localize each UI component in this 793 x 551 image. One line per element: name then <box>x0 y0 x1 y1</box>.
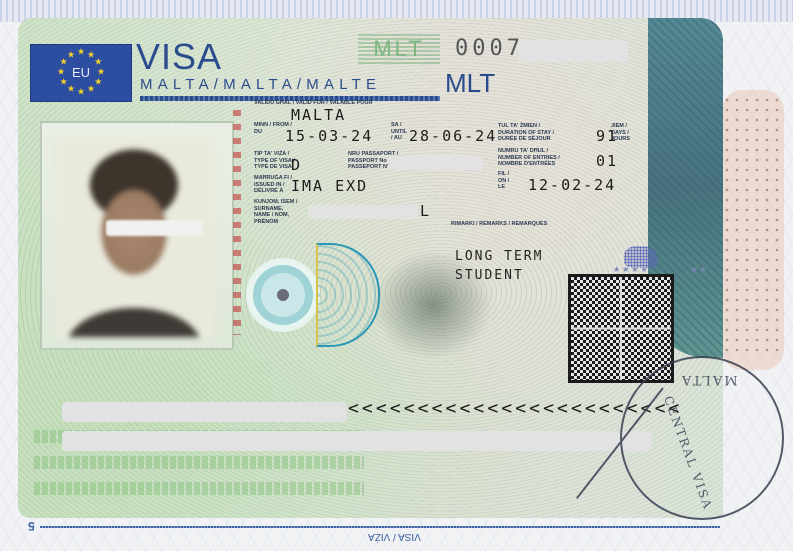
visa-number-redaction <box>518 40 628 62</box>
country-code: MLT <box>445 68 495 99</box>
footer-text: VISA / VIŻA <box>368 531 421 542</box>
passport-no-redaction <box>388 156 483 170</box>
remarks-label: RIMARKI / REMARKS / REMARQUES <box>451 221 547 227</box>
issued-on-date: 12-02-24 <box>528 176 616 194</box>
mrz-line2-redaction <box>62 431 652 451</box>
label-entries: NUMRU TA' DĦUL / NUMBER OF ENTRIES / NOM… <box>498 148 573 168</box>
footer-microline <box>40 526 720 528</box>
holder-photo <box>56 137 214 337</box>
page-number: 5 <box>28 519 35 533</box>
valid-for-value: MALTA <box>291 106 346 124</box>
eu-label: EU <box>31 65 131 80</box>
from-date: 15-03-24 <box>285 127 373 145</box>
number-of-entries: 01 <box>596 152 618 170</box>
photo-frame <box>40 121 234 350</box>
eu-flag: ★★★★★★★★★★★★ EU <box>30 44 132 102</box>
visa-number: 0007 <box>455 36 524 61</box>
photo-eye-redaction <box>106 220 202 236</box>
label-duration: TUL TA' ŻMIEN / DURATION OF STAY / DURÉE… <box>498 123 568 143</box>
hologram-globe-icon <box>316 243 380 347</box>
issued-in-value: IMA EXD <box>291 177 368 195</box>
entry-stamp: MALTA CENTRAL VISA <box>620 356 784 520</box>
hologram-disc-icon <box>246 258 320 332</box>
remarks-line-1: LONG TERM <box>455 247 543 266</box>
visa-title: VISA <box>136 36 222 78</box>
country-code-watermark: MLT <box>358 34 440 64</box>
until-date: 28-06-24 <box>409 127 497 145</box>
visa-type: D <box>291 156 302 174</box>
duration-days: 91 <box>596 127 618 145</box>
label-surname-name: KUNJOM, ISEM / SURNAME, NAME / NOM, PRÉN… <box>254 199 299 225</box>
2d-barcode <box>568 274 674 383</box>
label-until: SA / UNTIL / AU <box>391 122 405 142</box>
stamp-top-text: MALTA <box>680 372 738 387</box>
remarks-line-2: STUDENT <box>455 266 543 285</box>
surname-redaction <box>308 205 418 219</box>
label-issued-on: FIL / ON / LE <box>498 171 510 191</box>
mrz-line1-redaction <box>62 402 347 422</box>
hologram <box>246 243 386 353</box>
country-line: MALTA/MALTA/MALTE <box>140 76 381 93</box>
surname-visible-end: L <box>420 202 431 220</box>
remarks-text: LONG TERM STUDENT <box>455 247 543 285</box>
security-thread <box>233 110 241 335</box>
passport-number-perforation <box>722 95 782 355</box>
stamp-side-text: CENTRAL VISA <box>661 394 715 512</box>
stars-row-icon: ★★★★ ★★ <box>613 265 709 274</box>
